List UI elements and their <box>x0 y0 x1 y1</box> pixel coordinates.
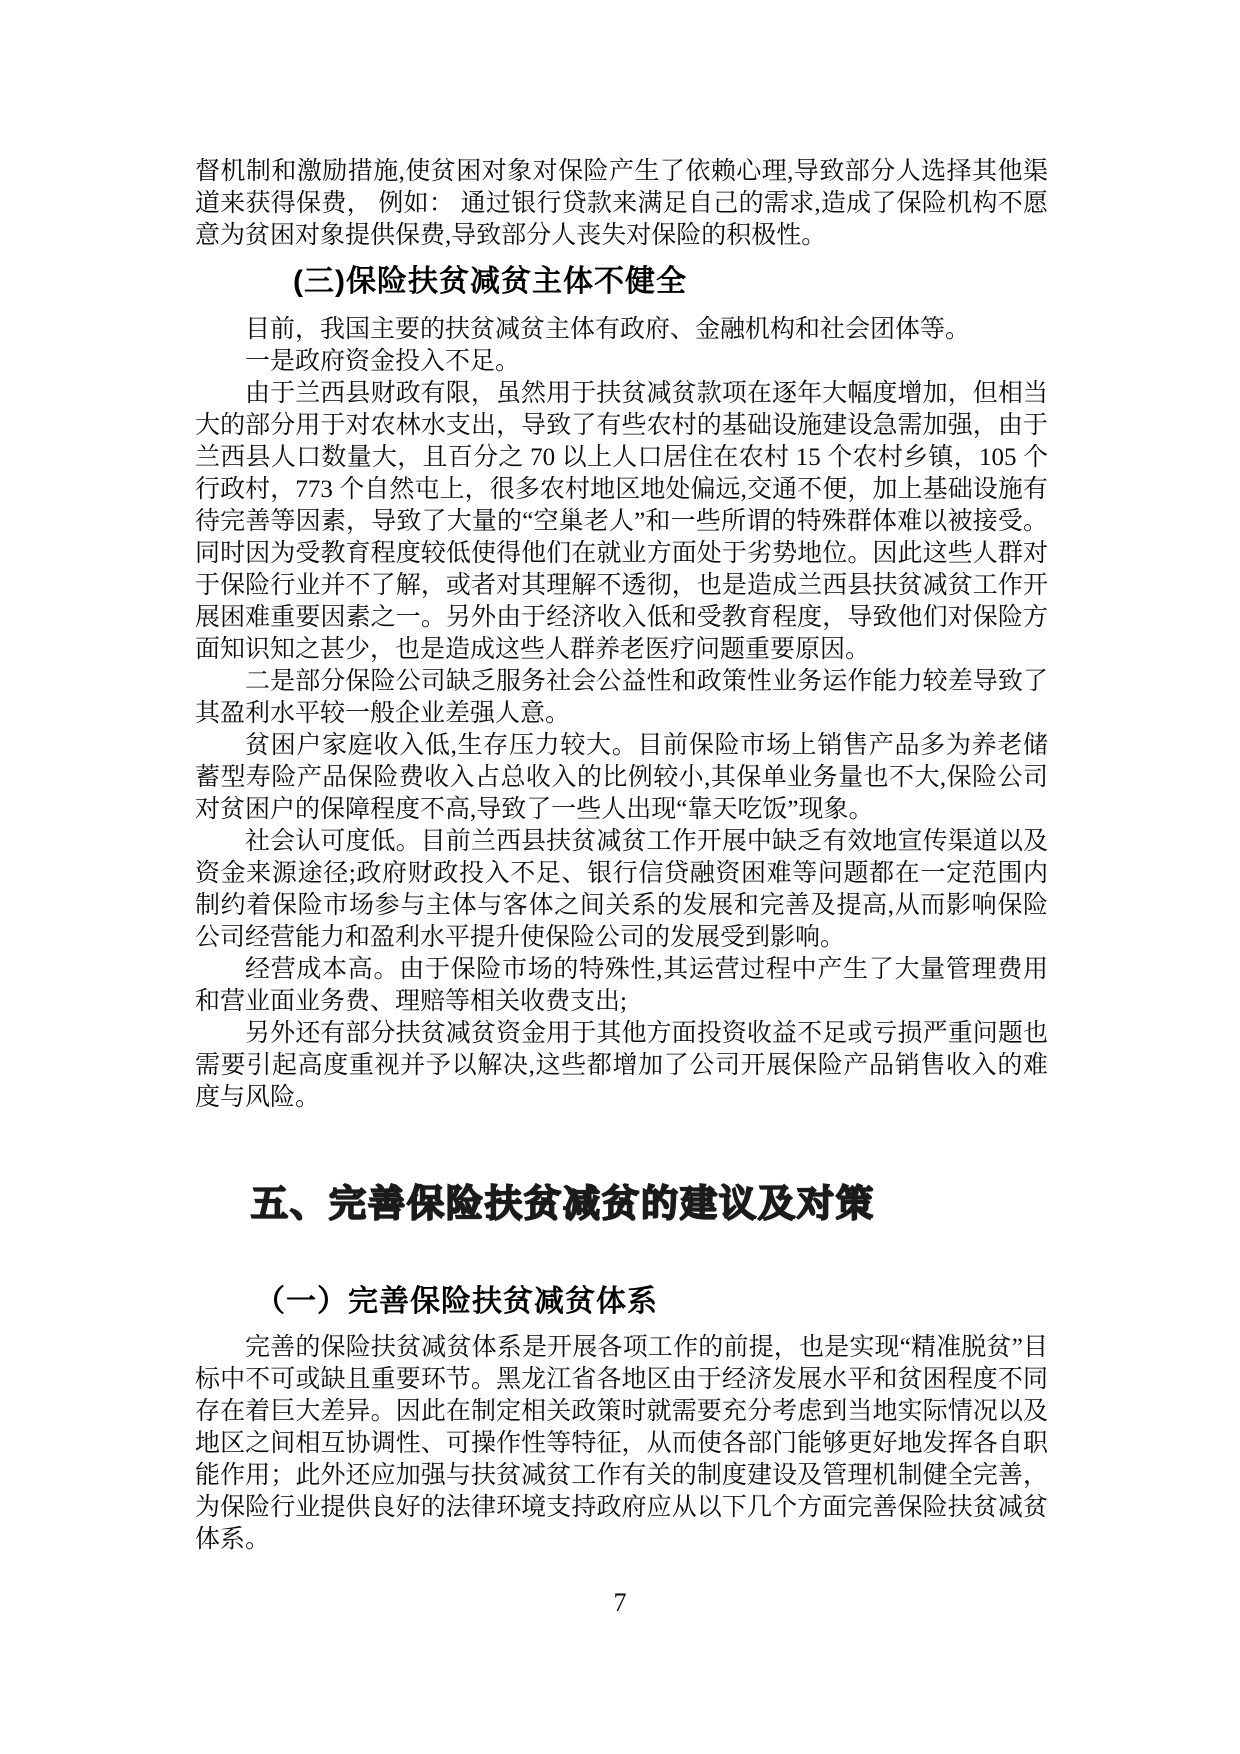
paragraph-supervision-mechanism: 督机制和激励措施,使贫困对象对保险产生了依赖心理,导致部分人选择其他渠道来获得保… <box>195 156 1048 252</box>
paragraph-fund-misuse-risk: 另外还有部分扶贫减贫资金用于其他方面投资收益不足或亏损严重问题也需要引起高度重视… <box>195 1018 1048 1114</box>
section-heading-subject-incomplete: (三)保险扶贫减贫主体不健全 <box>195 264 1048 300</box>
paragraph-lanxi-finance: 由于兰西县财政有限，虽然用于扶贫减贫款项在逐年大幅度增加，但相当大的部分用于对农… <box>195 378 1048 666</box>
paragraph-first-government-funding: 一是政府资金投入不足。 <box>195 346 1048 378</box>
chapter-heading-suggestions: 五、完善保险扶贫减贫的建议及对策 <box>195 1180 1048 1228</box>
paragraph-current-subjects: 目前，我国主要的扶贫减贫主体有政府、金融机构和社会团体等。 <box>195 314 1048 346</box>
document-page: 督机制和激励措施,使贫困对象对保险产生了依赖心理,导致部分人选择其他渠道来获得保… <box>0 0 1240 1754</box>
paragraph-high-operating-cost: 经营成本高。由于保险市场的特殊性,其运营过程中产生了大量管理费用和营业面业务费、… <box>195 954 1048 1018</box>
paragraph-improve-system-detail: 完善的保险扶贫减贫体系是开展各项工作的前提，也是实现“精准脱贫”目标中不可或缺且… <box>195 1332 1048 1556</box>
paragraph-low-social-recognition: 社会认可度低。目前兰西县扶贫减贫工作开展中缺乏有效地宣传渠道以及资金来源途径;政… <box>195 826 1048 954</box>
paragraph-second-insurance-companies: 二是部分保险公司缺乏服务社会公益性和政策性业务运作能力较差导致了其盈利水平较一般… <box>195 666 1048 730</box>
section-heading-improve-system: （一）完善保险扶贫减贫体系 <box>195 1284 1048 1320</box>
page-number: 7 <box>0 1588 1240 1618</box>
paragraph-poor-household-income: 贫困户家庭收入低,生存压力较大。目前保险市场上销售产品多为养老储蓄型寿险产品保险… <box>195 730 1048 826</box>
